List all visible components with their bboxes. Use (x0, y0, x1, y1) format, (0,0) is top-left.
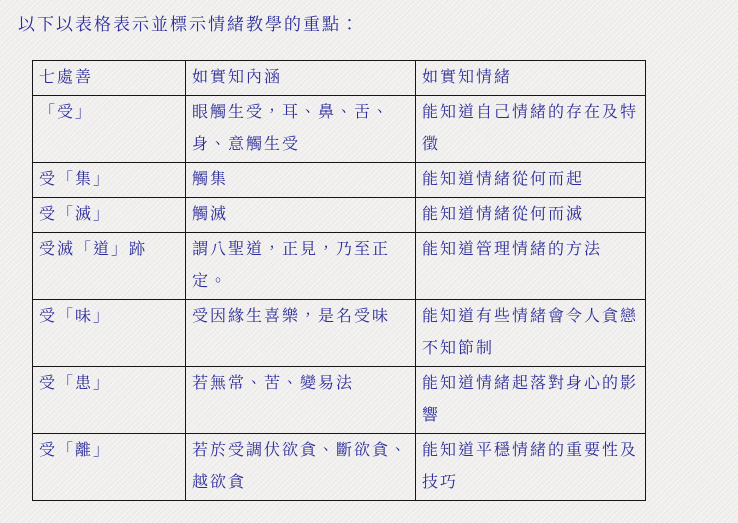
cell-emotion: 能知道自己情緒的存在及特徵 (416, 96, 646, 163)
cell-content: 若無常、苦、變易法 (186, 367, 416, 434)
document-page: { "page": { "title": "以下以表格表示並標示情緒教學的重點：… (0, 0, 738, 523)
cell-emotion: 能知道情緒從何而起 (416, 163, 646, 198)
cell-emotion: 能知道情緒起落對身心的影響 (416, 367, 646, 434)
table-row: 受「患」 若無常、苦、變易法 能知道情緒起落對身心的影響 (33, 367, 646, 434)
page-title: 以下以表格表示並標示情緒教學的重點： (18, 10, 360, 35)
cell-content: 謂八聖道，正見，乃至正定。 (186, 233, 416, 300)
cell-term: 受「患」 (33, 367, 186, 434)
table-row: 受滅「道」跡 謂八聖道，正見，乃至正定。 能知道管理情緒的方法 (33, 233, 646, 300)
cell-term: 受「離」 (33, 434, 186, 501)
cell-term: 受「滅」 (33, 198, 186, 233)
cell-term: 受「味」 (33, 300, 186, 367)
cell-emotion: 能知道平穩情緒的重要性及技巧 (416, 434, 646, 501)
cell-content: 觸滅 (186, 198, 416, 233)
header-cell-content: 如實知內涵 (186, 61, 416, 96)
header-cell-seven-places: 七處善 (33, 61, 186, 96)
cell-emotion: 能知道有些情緒會令人貪戀不知節制 (416, 300, 646, 367)
cell-content: 眼觸生受，耳、鼻、舌、身、意觸生受 (186, 96, 416, 163)
cell-emotion: 能知道情緒從何而滅 (416, 198, 646, 233)
table-row: 受「離」 若於受調伏欲貪、斷欲貪、越欲貪 能知道平穩情緒的重要性及技巧 (33, 434, 646, 501)
emotion-teaching-table: 七處善 如實知內涵 如實知情緒 「受」 眼觸生受，耳、鼻、舌、身、意觸生受 能知… (32, 60, 646, 501)
table-row: 受「滅」 觸滅 能知道情緒從何而滅 (33, 198, 646, 233)
table-header-row: 七處善 如實知內涵 如實知情緒 (33, 61, 646, 96)
cell-content: 若於受調伏欲貪、斷欲貪、越欲貪 (186, 434, 416, 501)
cell-content: 受因緣生喜樂，是名受味 (186, 300, 416, 367)
table-row: 受「味」 受因緣生喜樂，是名受味 能知道有些情緒會令人貪戀不知節制 (33, 300, 646, 367)
table-row: 「受」 眼觸生受，耳、鼻、舌、身、意觸生受 能知道自己情緒的存在及特徵 (33, 96, 646, 163)
cell-term: 受滅「道」跡 (33, 233, 186, 300)
cell-emotion: 能知道管理情緒的方法 (416, 233, 646, 300)
cell-term: 「受」 (33, 96, 186, 163)
header-cell-emotion: 如實知情緒 (416, 61, 646, 96)
cell-content: 觸集 (186, 163, 416, 198)
table-row: 受「集」 觸集 能知道情緒從何而起 (33, 163, 646, 198)
cell-term: 受「集」 (33, 163, 186, 198)
